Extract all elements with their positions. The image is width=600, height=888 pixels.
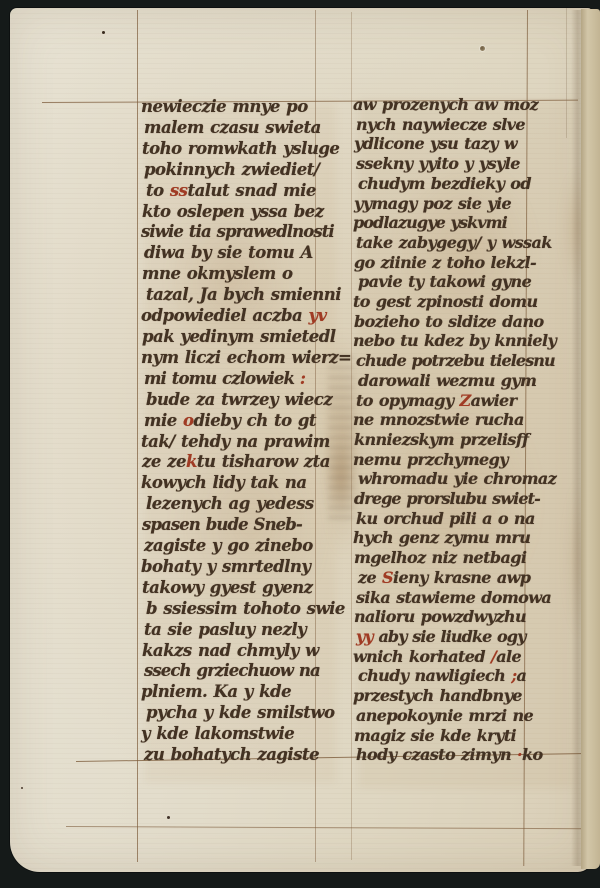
manuscript-text-line: chudym bezdieky od (353, 174, 563, 194)
manuscript-text-line: tazal, Ja bych smienni (141, 285, 321, 306)
text-column-right: aw prozenych aw moznych naywiecze slveyd… (353, 95, 563, 765)
manuscript-text-line: nym liczi echom wierz= (141, 348, 321, 369)
ruling-vertical-left (137, 10, 138, 862)
ink-text: go ziinie z toho lekzl- (354, 253, 536, 272)
manuscript-text-line: chude potrzebu tielesnu (353, 351, 563, 371)
ink-text: spasen bude Sneb- (142, 515, 302, 534)
manuscript-text-line: odpowiediel aczba yv (141, 306, 321, 327)
ink-text: yymagy poz sie yie (354, 194, 511, 213)
manuscript-text-line: mie odieby ch to gt (141, 411, 321, 432)
manuscript-text-line: darowali wezmu gym (353, 371, 563, 391)
manuscript-text-line: nych naywiecze slve (353, 115, 563, 135)
ink-text: tu tisharow zta (197, 452, 330, 471)
manuscript-text-line: takowy gyest gyenz (141, 578, 321, 599)
ink-text: newieczie mnye po (141, 97, 308, 116)
manuscript-text-line: lezenych ag yedess (141, 494, 321, 515)
rubricated-text: S (382, 568, 393, 587)
manuscript-text-line: pycha y kde smilstwo (141, 703, 321, 724)
manuscript-text-line: ydlicone ysu tazy w (353, 134, 563, 154)
manuscript-text-line: pavie ty takowi gyne (353, 272, 563, 292)
manuscript-text-line: drege prorslubu swiet- (353, 489, 563, 509)
ink-text: lezenych ag yedess (146, 494, 314, 513)
ink-text: zagiste y go zinebo (144, 536, 313, 555)
manuscript-text-line: nebo tu kdez by knniely (353, 331, 563, 351)
ink-text: siwie tia sprawedlnosti (141, 222, 334, 241)
manuscript-text-line: ku orchud pili a o na (353, 509, 563, 529)
ink-text: kakzs nad chmyly w (142, 641, 319, 660)
rubricated-text: ; (505, 666, 516, 685)
rubricated-text: Z (460, 391, 471, 410)
rubricated-text: : (294, 369, 305, 388)
manuscript-text-line: to opymagy Zawier (353, 391, 563, 411)
ink-speck (102, 31, 105, 34)
ruling-vertical-gutter-right (351, 12, 352, 860)
rubricated-text: ss (170, 181, 188, 200)
manuscript-text-line: knniezskym przelisff (353, 430, 563, 450)
ink-text: ydlicone ysu tazy w (354, 134, 517, 153)
manuscript-text-line: go ziinie z toho lekzl- (353, 253, 563, 273)
rubricated-text: o (183, 411, 194, 430)
manuscript-text-line: chudy nawligiech ;a (353, 666, 563, 686)
manuscript-text-line: whromadu yie chromaz (353, 469, 563, 489)
ink-text: mne okmyslem o (142, 264, 292, 283)
ink-text: ko (522, 745, 543, 764)
manuscript-text-line: siwie tia sprawedlnosti (141, 222, 321, 243)
ink-text: mie (144, 411, 183, 430)
manuscript-text-line: anepokoynie mrzi ne (353, 706, 563, 726)
ink-text: nemu przchymegy (353, 450, 508, 469)
ink-text: pavie ty takowi gyne (358, 272, 531, 291)
ink-text: nebo tu kdez by knniely (353, 331, 556, 350)
ink-text: bohaty y smrtedlny (141, 557, 310, 576)
ink-text: dieby ch to gt (194, 411, 317, 430)
manuscript-text-line: yymagy poz sie yie (353, 194, 563, 214)
manuscript-text-line: sika stawieme domowa (353, 588, 563, 608)
ink-text: ale (496, 647, 521, 666)
manuscript-text-line: zagiste y go zinebo (141, 536, 321, 557)
manuscript-text-line: podlazugye yskvmi (353, 213, 563, 233)
ink-text: wnich korhated (353, 647, 491, 666)
ink-text: mgelhoz niz netbagi (354, 548, 526, 567)
rubricated-text: k (186, 452, 197, 471)
ink-text: b ssiessim tohoto swie (146, 599, 345, 618)
manuscript-text-line: ssekny yyito y ysyle (353, 154, 563, 174)
manuscript-text-line: y kde lakomstwie (141, 724, 321, 745)
manuscript-text-line: to sstalut snad mie (141, 181, 321, 202)
underpage-corner-edge (566, 8, 567, 138)
manuscript-text-line: plniem. Ka y kde (141, 682, 321, 703)
ink-text: sika stawieme domowa (356, 588, 551, 607)
ink-text: to (146, 181, 170, 200)
manuscript-text-line: diwa by sie tomu A (141, 243, 321, 264)
manuscript-text-line: aw prozenych aw moz (353, 95, 563, 115)
ink-text: kto oslepen yssa bez (142, 202, 324, 221)
ink-text: ze ze (142, 452, 186, 471)
text-column-left: newieczie mnye pomalem czasu swietatoho … (141, 97, 321, 766)
ink-text: pycha y kde smilstwo (146, 703, 335, 722)
manuscript-text-line: ne mnozstwie rucha (353, 410, 563, 430)
ink-text: take zabygegy/ y wssak (356, 233, 552, 252)
manuscript-text-line: pokinnych zwiediet/ (141, 160, 321, 181)
page-edge-crease (571, 10, 581, 866)
manuscript-text-line: kakzs nad chmyly w (141, 641, 321, 662)
manuscript-text-line: pak yedinym smietedl (141, 327, 321, 348)
ink-text: podlazugye yskvmi (353, 213, 507, 232)
manuscript-text-line: tak/ tehdy na prawim (141, 432, 321, 453)
manuscript-text-line: kto oslepen yssa bez (141, 202, 321, 223)
manuscript-text-line: ssech grziechuow na (141, 661, 321, 682)
ink-text: tazal, Ja bych smienni (146, 285, 341, 304)
manuscript-text-line: magiz sie kde kryti (353, 726, 563, 746)
manuscript-text-line: bohaty y smrtedlny (141, 557, 321, 578)
ink-text: to opymagy (356, 391, 460, 410)
ink-text: pokinnych zwiediet/ (144, 160, 319, 179)
photograph-backdrop: { "manuscript": { "colors": { "backdrop"… (0, 0, 600, 888)
ink-text: odpowiediel aczba (141, 306, 308, 325)
ink-text: malem czasu swieta (144, 118, 321, 137)
ink-text: chude potrzebu tielesnu (356, 351, 555, 370)
manuscript-text-line: b ssiessim tohoto swie (141, 599, 321, 620)
ink-text: ta sie pasluy nezly (144, 620, 306, 639)
manuscript-text-line: take zabygegy/ y wssak (353, 233, 563, 253)
manuscript-text-line: nalioru powzdwyzhu (353, 607, 563, 627)
ink-text: awier (471, 391, 517, 410)
ink-text: hody czasto zimyn (356, 745, 517, 764)
ink-text: to gest zpinosti domu (353, 292, 538, 311)
ink-speck (167, 816, 170, 819)
ink-text: y kde lakomstwie (141, 724, 294, 743)
ink-text: pak yedinym smietedl (142, 327, 336, 346)
ink-text: toho romwkath ysluge (142, 139, 339, 158)
manuscript-text-line: hych genz zymu mru (353, 528, 563, 548)
ink-text: bude za twrzey wiecz (146, 390, 332, 409)
pricking-hole (480, 46, 485, 51)
ink-text: drege prorslubu swiet- (354, 489, 540, 508)
ink-text: magiz sie kde kryti (354, 726, 516, 745)
manuscript-text-line: bude za twrzey wiecz (141, 390, 321, 411)
ink-text: anepokoynie mrzi ne (356, 706, 533, 725)
ink-text: nalioru powzdwyzhu (354, 607, 526, 626)
ink-speck (21, 787, 23, 789)
ink-text: mi tomu czlowiek (144, 369, 294, 388)
ink-text: whromadu yie chromaz (358, 469, 556, 488)
ink-text: aw prozenych aw moz (353, 95, 538, 114)
manuscript-text-line: ze zektu tisharow zta (141, 452, 321, 473)
ink-text: ieny krasne awp (393, 568, 530, 587)
manuscript-text-line: kowych lidy tak na (141, 473, 321, 494)
manuscript-text-line: ze Sieny krasne awp (353, 568, 563, 588)
ink-text: ze (358, 568, 382, 587)
ink-text: bozieho to sldize dano (354, 312, 544, 331)
manuscript-text-line: wnich korhated /ale (353, 647, 563, 667)
ink-text: zu bohatych zagiste (144, 745, 319, 764)
ink-text: ne mnozstwie rucha (353, 410, 524, 429)
ink-text: darowali wezmu gym (358, 371, 536, 390)
ink-text: ssekny yyito y ysyle (356, 154, 520, 173)
manuscript-text-line: malem czasu swieta (141, 118, 321, 139)
rubricated-text: yv (308, 306, 326, 325)
ink-text: ssech grziechuow na (144, 661, 320, 680)
manuscript-text-line: spasen bude Sneb- (141, 515, 321, 536)
ink-text: a (517, 666, 527, 685)
manuscript-text-line: mgelhoz niz netbagi (353, 548, 563, 568)
ink-text: chudy nawligiech (358, 666, 505, 685)
ink-text: kowych lidy tak na (141, 473, 307, 492)
ink-text: nych naywiecze slve (356, 115, 525, 134)
ink-text: przestych handbnye (353, 686, 522, 705)
manuscript-text-line: nemu przchymegy (353, 450, 563, 470)
ink-text: aby sie liudke ogy (373, 627, 526, 646)
manuscript-text-line: ta sie pasluy nezly (141, 620, 321, 641)
ink-text: knniezskym przelisff (354, 430, 528, 449)
manuscript-text-line: to gest zpinosti domu (353, 292, 563, 312)
ink-text: talut snad mie (187, 181, 315, 200)
manuscript-text-line: mne okmyslem o (141, 264, 321, 285)
manuscript-text-line: newieczie mnye po (141, 97, 321, 118)
ink-text: chudym bezdieky od (358, 174, 531, 193)
manuscript-text-line: bozieho to sldize dano (353, 312, 563, 332)
manuscript-text-line: toho romwkath ysluge (141, 139, 321, 160)
ink-text: ku orchud pili a o na (356, 509, 535, 528)
page-edge-stack (581, 9, 600, 869)
ink-text: diwa by sie tomu A (144, 243, 313, 262)
ink-text: hych genz zymu mru (353, 528, 530, 547)
rubricated-text: yy (356, 627, 373, 646)
manuscript-text-line: przestych handbnye (353, 686, 563, 706)
ink-text: tak/ tehdy na prawim (141, 432, 330, 451)
manuscript-text-line: zu bohatych zagiste (141, 745, 321, 766)
ink-text: plniem. Ka y kde (141, 682, 291, 701)
ink-text: takowy gyest gyenz (142, 578, 313, 597)
manuscript-text-line: hody czasto zimyn ·ko (353, 745, 563, 765)
manuscript-text-line: yy aby sie liudke ogy (353, 627, 563, 647)
ink-text: nym liczi echom wierz= (141, 348, 351, 367)
manuscript-text-line: mi tomu czlowiek : (141, 369, 321, 390)
